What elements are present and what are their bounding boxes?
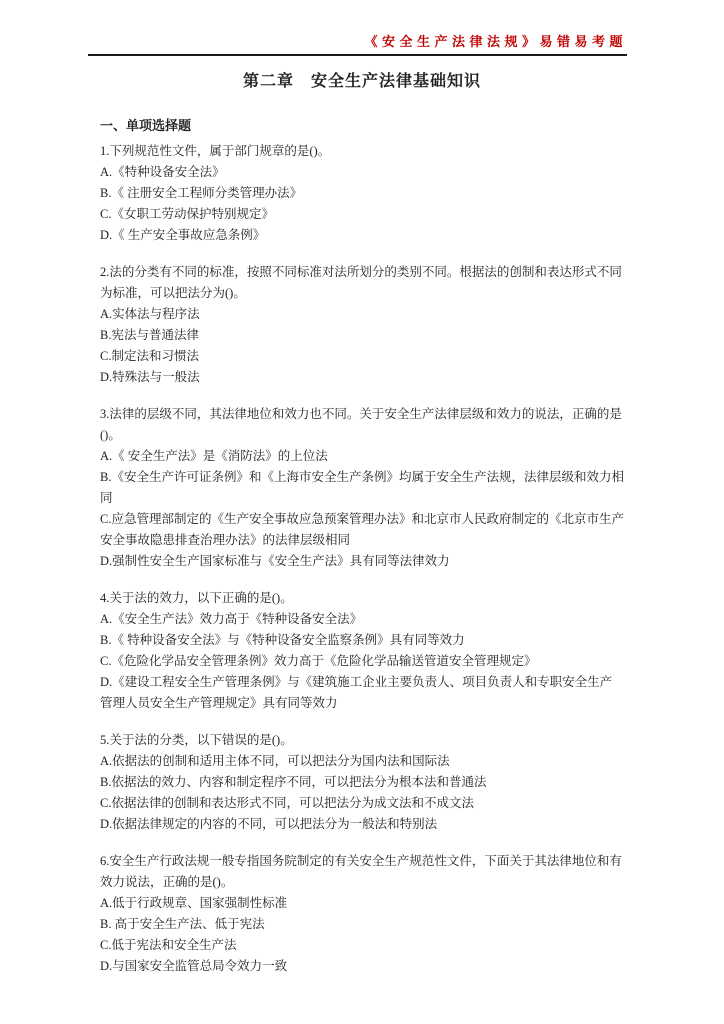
option-line: A.《安全生产法》效力高于《特种设备安全法》 — [100, 609, 624, 630]
option-line: B.《 特种设备安全法》与《特种设备安全监察条例》具有同等效力 — [100, 630, 624, 651]
option-line: B.宪法与普通法律 — [100, 325, 624, 346]
option-line: D.与国家安全监管总局令效力一致 — [100, 956, 624, 977]
option-line: B.《 注册安全工程师分类管理办法》 — [100, 183, 624, 204]
option-line: B.依据法的效力、内容和制定程序不同，可以把法分为根本法和普通法 — [100, 772, 624, 793]
section-heading: 一、单项选择题 — [100, 115, 624, 134]
page-header: 《安全生产法律法规》易错易考题 — [88, 31, 627, 56]
option-line: A.实体法与程序法 — [100, 304, 624, 325]
chapter-title: 第二章 安全生产法律基础知识 — [100, 68, 624, 91]
header-title: 《安全生产法律法规》易错易考题 — [364, 34, 627, 49]
option-line: C.《危险化学品安全管理条例》效力高于《危险化学品输送管道安全管理规定》 — [100, 651, 624, 672]
option-line: D.强制性安全生产国家标准与《安全生产法》具有同等法律效力 — [100, 551, 624, 572]
question-stem: 5.关于法的分类，以下错误的是()。 — [100, 730, 624, 751]
document-page: 《安全生产法律法规》易错易考题 第二章 安全生产法律基础知识 一、单项选择题 1… — [0, 0, 724, 1024]
question-stem: 1.下列规范性文件，属于部门规章的是()。 — [100, 141, 624, 162]
option-line: C.应急管理部制定的《生产安全事故应急预案管理办法》和北京市人民政府制定的《北京… — [100, 509, 624, 551]
option-line: D.《建设工程安全生产管理条例》与《建筑施工企业主要负责人、项目负责人和专职安全… — [100, 672, 624, 714]
option-line: C.制定法和习惯法 — [100, 346, 624, 367]
option-line: A.低于行政规章、国家强制性标准 — [100, 893, 624, 914]
question-4: 4.关于法的效力，以下正确的是()。 A.《安全生产法》效力高于《特种设备安全法… — [100, 588, 624, 714]
question-stem: 6.安全生产行政法规一般专指国务院制定的有关安全生产规范性文件，下面关于其法律地… — [100, 851, 624, 893]
document-body: 第二章 安全生产法律基础知识 一、单项选择题 1.下列规范性文件，属于部门规章的… — [100, 64, 624, 993]
question-5: 5.关于法的分类，以下错误的是()。 A.依据法的创制和适用主体不同，可以把法分… — [100, 730, 624, 835]
option-line: A.《 安全生产法》是《消防法》的上位法 — [100, 446, 624, 467]
option-line: A.《特种设备安全法》 — [100, 162, 624, 183]
option-line: C.《女职工劳动保护特别规定》 — [100, 204, 624, 225]
option-line: B. 高于安全生产法、低于宪法 — [100, 914, 624, 935]
option-line: A.依据法的创制和适用主体不同，可以把法分为国内法和国际法 — [100, 751, 624, 772]
option-line: C.低于宪法和安全生产法 — [100, 935, 624, 956]
option-line: C.依据法律的创制和表达形式不同，可以把法分为成文法和不成文法 — [100, 793, 624, 814]
question-stem: 2.法的分类有不同的标准，按照不同标准对法所划分的类别不同。根据法的创制和表达形… — [100, 262, 624, 304]
option-line: D.特殊法与一般法 — [100, 367, 624, 388]
question-3: 3.法律的层级不同，其法律地位和效力也不同。关于安全生产法律层级和效力的说法，正… — [100, 404, 624, 572]
option-line: D.依据法律规定的内容的不同，可以把法分为一般法和特别法 — [100, 814, 624, 835]
question-6: 6.安全生产行政法规一般专指国务院制定的有关安全生产规范性文件，下面关于其法律地… — [100, 851, 624, 977]
question-stem: 4.关于法的效力，以下正确的是()。 — [100, 588, 624, 609]
question-2: 2.法的分类有不同的标准，按照不同标准对法所划分的类别不同。根据法的创制和表达形… — [100, 262, 624, 388]
question-stem: 3.法律的层级不同，其法律地位和效力也不同。关于安全生产法律层级和效力的说法，正… — [100, 404, 624, 446]
option-line: B.《安全生产许可证条例》和《上海市安全生产条例》均属于安全生产法规，法律层级和… — [100, 467, 624, 509]
option-line: D.《 生产安全事故应急条例》 — [100, 225, 624, 246]
question-1: 1.下列规范性文件，属于部门规章的是()。 A.《特种设备安全法》 B.《 注册… — [100, 141, 624, 246]
